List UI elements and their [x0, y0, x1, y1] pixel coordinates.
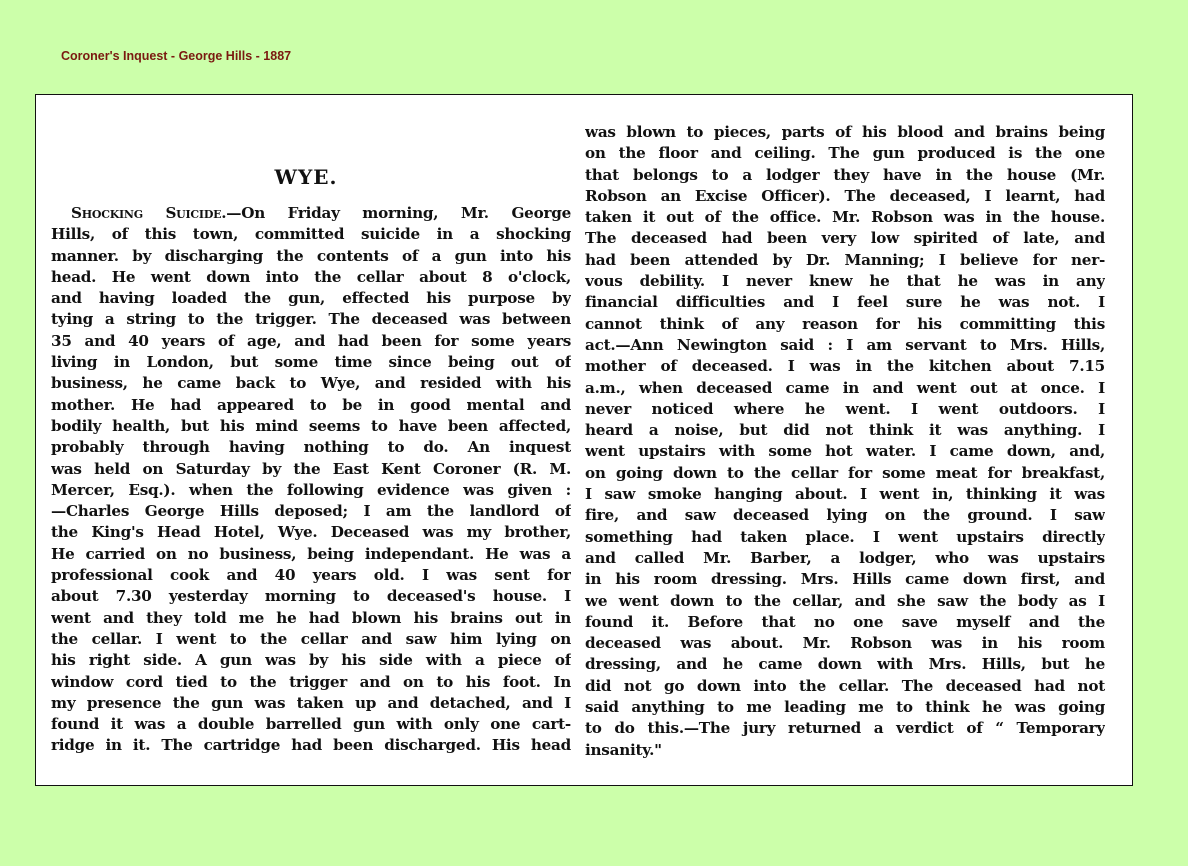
- article-line: the King's Head Hotel, Wye. Deceased was…: [51, 522, 571, 543]
- article-line: Mercer, Esq.). when the following eviden…: [51, 480, 571, 501]
- article-column-left: Shocking Suicide.—On Friday morning, Mr.…: [51, 203, 571, 757]
- article-line: on going down to the cellar for some mea…: [585, 463, 1105, 484]
- article-line: in his room dressing. Mrs. Hills came do…: [585, 569, 1105, 590]
- article-line: bodily health, but his mind seems to hav…: [51, 416, 571, 437]
- article-line: mother of deceased. I was in the kitchen…: [585, 356, 1105, 377]
- article-line: never noticed where he went. I went outd…: [585, 399, 1105, 420]
- article-line: vous debility. I never knew he that he w…: [585, 271, 1105, 292]
- article-line: ridge in it. The cartridge had been disc…: [51, 735, 571, 756]
- article-line: my presence the gun was taken up and det…: [51, 693, 571, 714]
- article-line: He carried on no business, being indepen…: [51, 544, 571, 565]
- page-title: Coroner's Inquest - George Hills - 1887: [61, 49, 291, 63]
- article-line: dressing, and he came down with Mrs. Hil…: [585, 654, 1105, 675]
- article-line: we went down to the cellar, and she saw …: [585, 591, 1105, 612]
- newspaper-clipping: WYE. Shocking Suicide.—On Friday morning…: [35, 94, 1133, 786]
- article-line: was held on Saturday by the East Kent Co…: [51, 459, 571, 480]
- article-line: found it. Before that no one save myself…: [585, 612, 1105, 633]
- article-line: found it was a double barrelled gun with…: [51, 714, 571, 735]
- article-line: fire, and saw deceased lying on the grou…: [585, 505, 1105, 526]
- article-line: —Charles George Hills deposed; I am the …: [51, 501, 571, 522]
- article-line: to do this.—The jury returned a verdict …: [585, 718, 1105, 739]
- article-line: taken it out of the office. Mr. Robson w…: [585, 207, 1105, 228]
- article-line: manner. by discharging the contents of a…: [51, 246, 571, 267]
- article-line: was blown to pieces, parts of his blood …: [585, 122, 1105, 143]
- article-lead: Shocking Suicide.: [71, 204, 226, 222]
- article-line: heard a noise, but did not think it was …: [585, 420, 1105, 441]
- article-line: did not go down into the cellar. The dec…: [585, 676, 1105, 697]
- article-line: financial difficulties and I feel sure h…: [585, 292, 1105, 313]
- article-line-text: —On Friday morning, Mr. George: [226, 204, 571, 222]
- article-headline: WYE.: [36, 165, 576, 189]
- article-line: that belongs to a lodger they have in th…: [585, 165, 1105, 186]
- article-line: and having loaded the gun, effected his …: [51, 288, 571, 309]
- article-line: went upstairs with some hot water. I cam…: [585, 441, 1105, 462]
- article-line: said anything to me leading me to think …: [585, 697, 1105, 718]
- article-line: the cellar. I went to the cellar and saw…: [51, 629, 571, 650]
- article-line: on the floor and ceiling. The gun produc…: [585, 143, 1105, 164]
- article-line: head. He went down into the cellar about…: [51, 267, 571, 288]
- article-line: I saw smoke hanging about. I went in, th…: [585, 484, 1105, 505]
- article-line: The deceased had been very low spirited …: [585, 228, 1105, 249]
- article-line: Shocking Suicide.—On Friday morning, Mr.…: [51, 203, 571, 224]
- article-line: living in London, but some time since be…: [51, 352, 571, 373]
- article-line: had been attended by Dr. Manning; I beli…: [585, 250, 1105, 271]
- article-line: Hills, of this town, committed suicide i…: [51, 224, 571, 245]
- article-line: about 7.30 yesterday morning to deceased…: [51, 586, 571, 607]
- article-line: insanity.": [585, 740, 1105, 761]
- article-line: probably through having nothing to do. A…: [51, 437, 571, 458]
- article-column-right: was blown to pieces, parts of his blood …: [585, 122, 1105, 761]
- article-line: his right side. A gun was by his side wi…: [51, 650, 571, 671]
- article-line: act.—Ann Newington said : I am servant t…: [585, 335, 1105, 356]
- article-line: 35 and 40 years of age, and had been for…: [51, 331, 571, 352]
- article-line: went and they told me he had blown his b…: [51, 608, 571, 629]
- article-line: business, he came back to Wye, and resid…: [51, 373, 571, 394]
- article-line: something had taken place. I went upstai…: [585, 527, 1105, 548]
- article-line: tying a string to the trigger. The decea…: [51, 309, 571, 330]
- article-line: cannot think of any reason for his commi…: [585, 314, 1105, 335]
- article-line: professional cook and 40 years old. I wa…: [51, 565, 571, 586]
- article-line: deceased was about. Mr. Robson was in hi…: [585, 633, 1105, 654]
- article-line: and called Mr. Barber, a lodger, who was…: [585, 548, 1105, 569]
- article-line: Robson an Excise Officer). The deceased,…: [585, 186, 1105, 207]
- article-line: a.m., when deceased came in and went out…: [585, 378, 1105, 399]
- article-line: window cord tied to the trigger and on t…: [51, 672, 571, 693]
- article-line: mother. He had appeared to be in good me…: [51, 395, 571, 416]
